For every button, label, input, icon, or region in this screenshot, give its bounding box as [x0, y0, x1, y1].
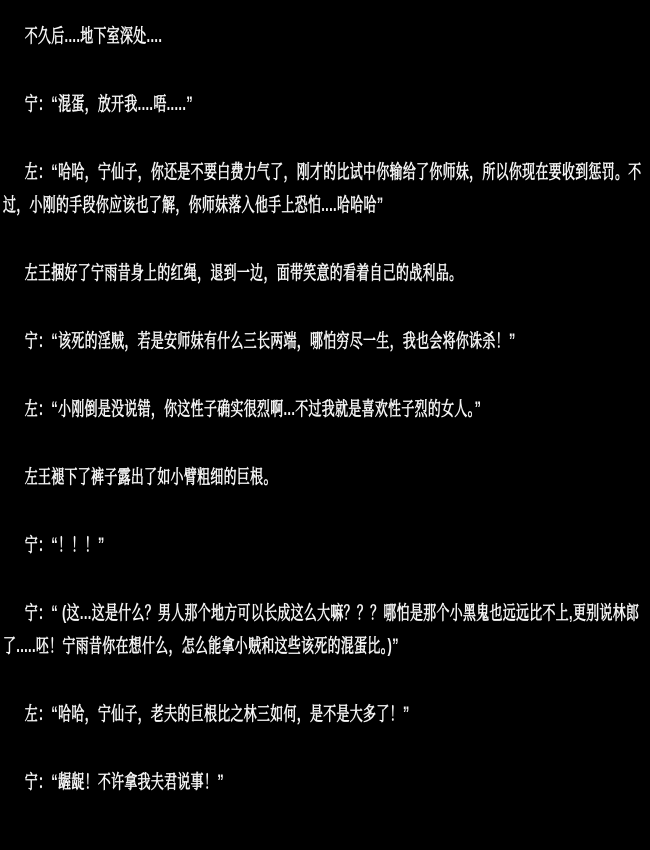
- paragraph: 左：“哈哈，宁仙子，你还是不要白费力气了，刚才的比试中你输给了你师妹，所以你现在…: [3, 156, 649, 222]
- paragraph: 不久后....地下室深处....: [3, 20, 649, 53]
- paragraph: 左王捆好了宁雨昔身上的红绳，退到一边，面带笑意的看着自己的战利品。: [3, 257, 649, 290]
- paragraph: 宁：“！！！”: [3, 529, 649, 562]
- story-page: 不久后....地下室深处.... 宁：“混蛋，放开我....唔.....” 左：…: [0, 0, 650, 850]
- paragraph: 宁：“ (这...这是什么？男人那个地方可以长成这么大嘛？？？哪怕是那个小黑鬼也…: [3, 597, 649, 663]
- paragraph: 宁：“混蛋，放开我....唔.....”: [3, 88, 649, 121]
- paragraph: 左王褪下了裤子露出了如小臂粗细的巨根。: [3, 461, 649, 494]
- paragraph: 左：“哈哈，宁仙子，老夫的巨根比之林三如何，是不是大多了！”: [3, 698, 649, 731]
- paragraph: 宁：“该死的淫贼，若是安师妹有什么三长两端，哪怕穷尽一生，我也会将你诛杀！”: [3, 325, 649, 358]
- paragraph: 左：“小刚倒是没说错，你这性子确实很烈啊...不过我就是喜欢性子烈的女人。”: [3, 393, 649, 426]
- story-text: 不久后....地下室深处.... 宁：“混蛋，放开我....唔.....” 左：…: [3, 20, 649, 799]
- paragraph: 宁：“龌龊！不许拿我夫君说事！”: [3, 766, 649, 799]
